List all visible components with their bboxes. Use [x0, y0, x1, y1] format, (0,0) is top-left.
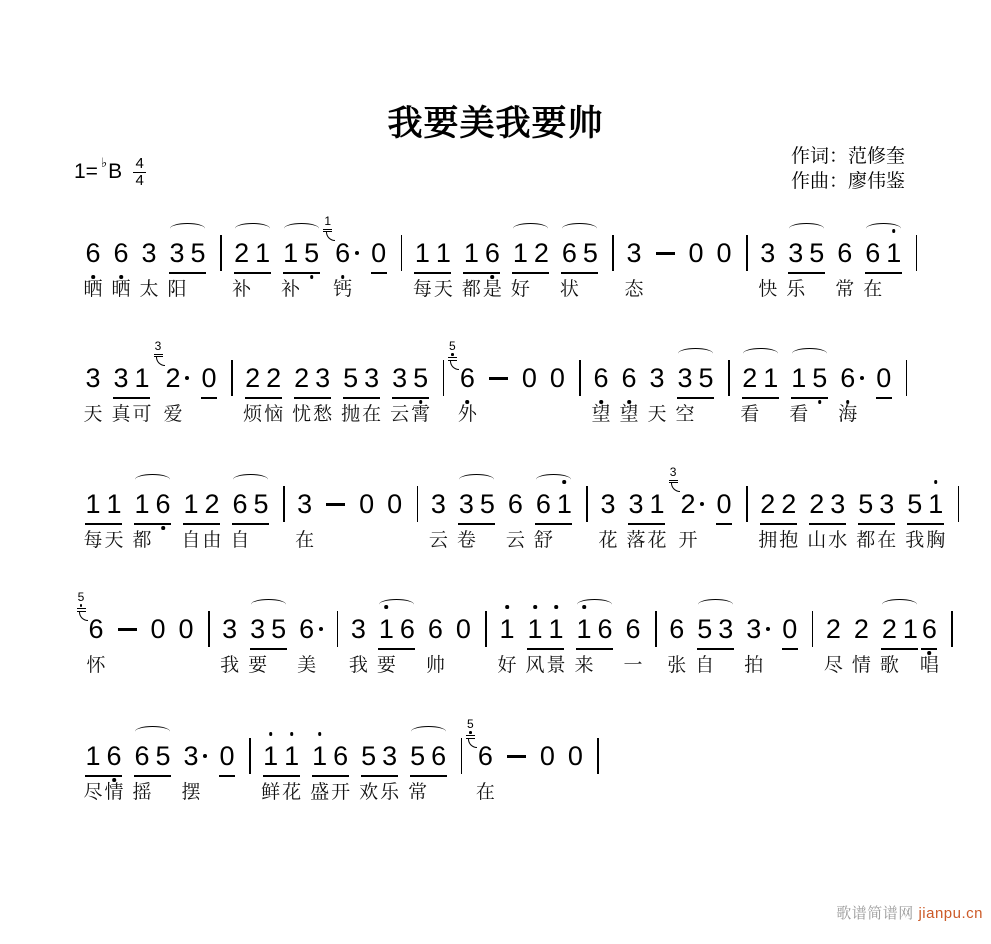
note: 1尽	[85, 739, 101, 773]
note: 5	[809, 236, 825, 270]
note-group: 3落1花	[628, 487, 665, 521]
note-group: 0	[549, 361, 565, 395]
barline	[812, 611, 814, 647]
note-group: 1好2	[512, 236, 549, 270]
note-digit: 6	[431, 741, 446, 771]
lyric: 快	[758, 279, 777, 301]
slur-arc	[792, 348, 827, 359]
note-digit: 6	[106, 741, 121, 771]
note-digit: 3	[718, 614, 733, 644]
note-digit: 0	[689, 238, 704, 268]
note-digit: 1	[415, 238, 430, 268]
note-group: 2烦2恼	[245, 361, 282, 395]
octave-dot-above	[892, 229, 896, 233]
slur-arc	[459, 474, 494, 485]
duration-dot	[860, 376, 864, 380]
note: 6在	[477, 739, 493, 773]
note: 6	[399, 612, 415, 646]
rest-note: 0	[178, 612, 194, 646]
octave-dot-below	[161, 526, 165, 530]
note-group: 3云5霄	[392, 361, 429, 395]
grace-note: 5	[463, 719, 477, 748]
note: 3花	[600, 487, 616, 521]
lyric: 自	[181, 530, 200, 552]
note: 5	[812, 361, 828, 395]
lyric: 自	[695, 655, 714, 677]
note-group: 6海	[840, 361, 864, 395]
note-digit: 3	[830, 489, 845, 519]
lyric: 在	[476, 782, 495, 804]
meter-numerator: 4	[135, 157, 143, 170]
note: 5	[253, 487, 269, 521]
note-digit: 0	[456, 614, 471, 644]
note-group: 1看5	[791, 361, 828, 395]
note: 3愁	[315, 361, 331, 395]
note: 3落	[628, 487, 644, 521]
lyric: 天	[104, 530, 123, 552]
note-digit: 3	[629, 489, 644, 519]
note: 1每	[414, 236, 430, 270]
note-digit: 6	[626, 614, 641, 644]
note: 6海	[840, 361, 856, 395]
note: 5	[155, 739, 171, 773]
note: 2补	[234, 236, 250, 270]
note-digit: 3	[85, 363, 100, 393]
note: 3卷	[458, 487, 474, 521]
note: 3云	[430, 487, 446, 521]
note-group: 1补5	[283, 236, 320, 270]
note: 2爱	[165, 361, 181, 395]
note-group: 6状5	[561, 236, 598, 270]
note-digit: 6	[536, 489, 551, 519]
note-group: 6在1	[865, 236, 902, 270]
note-digit: 1	[283, 238, 298, 268]
note-group: 6望	[593, 361, 609, 395]
note-digit: 0	[717, 489, 732, 519]
note-group	[116, 612, 138, 646]
note: 1每	[85, 487, 101, 521]
note: 6美	[299, 612, 315, 646]
grace-digit: 3	[670, 467, 677, 478]
lyric: 拍	[744, 655, 763, 677]
note-group: 0	[387, 487, 403, 521]
lyric: 要	[248, 655, 267, 677]
note-digit: 5	[809, 238, 824, 268]
note-digit: 1	[650, 489, 665, 519]
lyric: 天	[648, 404, 667, 426]
lyric: 烦	[243, 404, 262, 426]
octave-dot-above	[385, 605, 389, 609]
note: 3拍	[746, 612, 762, 646]
dash-note	[116, 612, 138, 646]
note-digit: 2	[245, 363, 260, 393]
note-digit: 2	[681, 489, 696, 519]
note-digit: 0	[568, 741, 583, 771]
grace-slur	[450, 361, 459, 370]
note-digit: 1	[106, 489, 121, 519]
note: 3快	[760, 236, 776, 270]
note-group: 1好	[499, 612, 515, 646]
lyric: 要	[377, 655, 396, 677]
note-group: 16钙	[335, 236, 359, 270]
note-digit: 5	[361, 741, 376, 771]
note: 1	[255, 236, 271, 270]
score-line: 56怀003我3要56美3我1要66帅01好1风1景1来66一6张5自33拍02…	[85, 612, 965, 647]
note: 6张	[669, 612, 685, 646]
note-digit: 1	[255, 238, 270, 268]
dash-note	[654, 236, 676, 270]
note: 3要	[250, 612, 266, 646]
octave-dot-above	[505, 605, 509, 609]
lyric: 补	[232, 279, 251, 301]
lyric: 云	[506, 530, 525, 552]
note-group: 2歌1	[881, 612, 918, 646]
grace-note: 1	[321, 216, 335, 241]
note-digit: 2	[826, 614, 841, 644]
note: 6云	[507, 487, 523, 521]
note-digit: 6	[594, 363, 609, 393]
note: 6摇	[134, 739, 150, 773]
octave-dot-above	[563, 480, 567, 484]
grace-beam	[448, 357, 457, 358]
grace-digit: 1	[324, 216, 331, 227]
slur-arc	[698, 599, 733, 610]
note-digit: 3	[141, 238, 156, 268]
note: 6自	[232, 487, 248, 521]
grace-slur	[156, 357, 165, 366]
note-digit: 1	[436, 238, 451, 268]
duration-dot	[766, 627, 770, 631]
note: 3	[718, 612, 734, 646]
note-digit: 3	[250, 614, 265, 644]
lyric: 看	[789, 404, 808, 426]
note-group: 56外	[459, 361, 475, 395]
note-digit: 3	[169, 238, 184, 268]
lyricist-credit: 作词：范修奎	[791, 144, 905, 169]
lyric: 尽	[824, 655, 843, 677]
note-digit: 1	[928, 489, 943, 519]
note-digit: 2	[165, 363, 180, 393]
note: 1花	[284, 739, 300, 773]
note: 6钙	[335, 236, 351, 270]
note-digit: 1	[791, 363, 806, 393]
note-group: 0	[716, 236, 732, 270]
note-digit: 2	[534, 238, 549, 268]
note-digit: 6	[622, 363, 637, 393]
grace-octave-dot	[469, 731, 472, 734]
note-group: 3我	[222, 612, 238, 646]
note-group	[487, 361, 509, 395]
note-digit: 2	[234, 238, 249, 268]
note: 2忧	[294, 361, 310, 395]
rest-note: 0	[782, 612, 798, 646]
note-digit: 1	[903, 614, 918, 644]
dash-line	[489, 377, 508, 380]
dash-note	[505, 739, 527, 773]
note-digit: 6	[232, 489, 247, 519]
note: 1天	[435, 236, 451, 270]
lyric: 霄	[411, 404, 430, 426]
slur-arc	[284, 223, 319, 234]
lyric: 常	[835, 279, 854, 301]
note-digit: 6	[88, 614, 103, 644]
note-group: 1都6	[134, 487, 171, 521]
dash-line	[507, 755, 526, 758]
note-digit: 3	[297, 489, 312, 519]
note-digit: 2	[204, 489, 219, 519]
duration-dot	[700, 502, 704, 506]
note-digit: 3	[746, 614, 761, 644]
watermark-site-name: 歌谱简谱网	[836, 905, 914, 922]
note-group: 1盛6开	[312, 739, 349, 773]
dash-line	[656, 252, 675, 255]
grace-slur	[671, 483, 680, 492]
note-digit: 5	[190, 238, 205, 268]
barline	[231, 360, 233, 396]
slur-arc	[135, 474, 170, 485]
note: 3在	[879, 487, 895, 521]
slur-arc	[513, 223, 548, 234]
barline	[249, 738, 251, 774]
lyric: 卷	[457, 530, 476, 552]
note-group: 2尽	[825, 612, 841, 646]
note-digit: 2	[882, 614, 897, 644]
note: 5	[582, 236, 598, 270]
note: 3态	[626, 236, 642, 270]
barline	[728, 360, 730, 396]
note: 3我	[350, 612, 366, 646]
lyric: 在	[863, 279, 882, 301]
lyric: 常	[408, 782, 427, 804]
slur-arc	[235, 223, 270, 234]
note: 1盛	[312, 739, 328, 773]
barline	[746, 486, 748, 522]
note: 1	[902, 612, 918, 646]
grace-beam	[323, 229, 332, 230]
rest-note: 0	[567, 739, 583, 773]
note-digit: 6	[669, 614, 684, 644]
barline	[579, 360, 581, 396]
lyric: 帅	[426, 655, 445, 677]
note-digit: 0	[550, 363, 565, 393]
note-digit: 5	[480, 489, 495, 519]
note: 6帅	[427, 612, 443, 646]
note-digit: 5	[253, 489, 268, 519]
note-digit: 0	[876, 363, 891, 393]
note: 5抛	[343, 361, 359, 395]
note-group: 3在	[297, 487, 313, 521]
lyric: 每	[83, 530, 102, 552]
duration-dot	[203, 754, 207, 758]
note-digit: 3	[459, 489, 474, 519]
lyric: 愁	[313, 404, 332, 426]
note-digit: 6	[922, 614, 937, 644]
lyric: 可	[132, 404, 151, 426]
note: 5	[479, 487, 495, 521]
note-group: 32开	[680, 487, 704, 521]
note-digit: 2	[294, 363, 309, 393]
note-digit: 1	[134, 363, 149, 393]
lyric: 恼	[264, 404, 283, 426]
lyric: 乐	[380, 782, 399, 804]
lyric: 盛	[310, 782, 329, 804]
note: 1看	[791, 361, 807, 395]
note: 6唱	[921, 612, 937, 646]
grace-note: 5	[445, 341, 459, 370]
note-digit: 5	[697, 614, 712, 644]
lyric: 落	[627, 530, 646, 552]
lyric: 都	[462, 279, 481, 301]
note-digit: 0	[150, 614, 165, 644]
grace-slur	[468, 739, 477, 748]
note: 2抱	[781, 487, 797, 521]
note-digit: 0	[782, 614, 797, 644]
lyric: 好	[511, 279, 530, 301]
note-digit: 6	[840, 363, 855, 393]
note-group: 1来6	[576, 612, 613, 646]
slur-arc	[233, 474, 268, 485]
lyric: 望	[592, 404, 611, 426]
note: 6舒	[535, 487, 551, 521]
grace-beam	[669, 480, 678, 481]
note-group: 3花	[600, 487, 616, 521]
note-group	[505, 739, 527, 773]
note-group: 0	[567, 739, 583, 773]
octave-dot-above	[533, 605, 537, 609]
note: 1鲜	[263, 739, 279, 773]
note: 2情	[853, 612, 869, 646]
note-group: 3天	[85, 361, 101, 395]
note-digit: 6	[155, 489, 170, 519]
note: 1	[763, 361, 779, 395]
note-digit: 3	[315, 363, 330, 393]
note: 3天	[85, 361, 101, 395]
note-digit: 1	[500, 614, 515, 644]
note: 6晒	[113, 236, 129, 270]
lyric: 拥	[758, 530, 777, 552]
note: 5霄	[413, 361, 429, 395]
lyric: 都	[132, 530, 151, 552]
note-digit: 3	[392, 363, 407, 393]
lyric: 摆	[181, 782, 200, 804]
slur-arc	[743, 348, 778, 359]
grace-digit: 3	[155, 341, 162, 352]
note-group: 6舒1	[535, 487, 572, 521]
key-prefix: 1=	[74, 160, 98, 184]
note-group: 1每1天	[414, 236, 451, 270]
note-digit: 3	[364, 363, 379, 393]
octave-dot-below	[818, 400, 822, 404]
note-digit: 3	[183, 741, 198, 771]
note-group: 3我	[350, 612, 366, 646]
note: 6	[597, 612, 613, 646]
note-digit: 5	[907, 489, 922, 519]
note-group: 32爱	[165, 361, 189, 395]
note-group: 6帅	[427, 612, 443, 646]
note-digit: 0	[371, 238, 386, 268]
note-digit: 5	[413, 363, 428, 393]
note-group: 1尽6情	[85, 739, 122, 773]
score-line: 6晒6晒3太3阳52补11补516钙01每1天1都6是1好26状53态003快3…	[85, 236, 929, 271]
note-group: 0	[688, 236, 704, 270]
slur-arc	[562, 223, 597, 234]
lyric: 抱	[779, 530, 798, 552]
note-group: 3太	[141, 236, 157, 270]
grace-note: 5	[74, 592, 88, 621]
slur-arc	[135, 726, 170, 737]
note-digit: 6	[865, 238, 880, 268]
note-digit: 6	[113, 238, 128, 268]
lyric: 我	[220, 655, 239, 677]
note-group: 1都6是	[463, 236, 500, 270]
barline	[951, 611, 953, 647]
note: 1好	[512, 236, 528, 270]
note-group: 0	[782, 612, 798, 646]
lyric: 花	[648, 530, 667, 552]
lyric: 每	[413, 279, 432, 301]
note-digit: 0	[219, 741, 234, 771]
note-group: 5自3	[697, 612, 734, 646]
lyric: 态	[625, 279, 644, 301]
note: 1都	[134, 487, 150, 521]
note: 2尽	[825, 612, 841, 646]
barline	[283, 486, 285, 522]
lyric: 云	[429, 530, 448, 552]
note-digit: 6	[134, 741, 149, 771]
note-digit: 1	[513, 238, 528, 268]
note: 6外	[459, 361, 475, 395]
note-digit: 1	[528, 614, 543, 644]
lyric: 在	[362, 404, 381, 426]
lyric: 天	[83, 404, 102, 426]
octave-dot-above	[318, 732, 322, 736]
grace-slur	[326, 232, 335, 241]
note-group: 0	[178, 612, 194, 646]
note-group: 0	[716, 487, 732, 521]
note-digit: 3	[627, 238, 642, 268]
note-digit: 6	[837, 238, 852, 268]
grace-beam	[154, 354, 163, 355]
barline	[485, 611, 487, 647]
note: 3阳	[169, 236, 185, 270]
lyric: 爱	[163, 404, 182, 426]
note: 3乐	[382, 739, 398, 773]
note-group: 6美	[299, 612, 323, 646]
rest-note: 0	[876, 361, 892, 395]
song-title: 我要美我要帅	[0, 96, 991, 146]
rest-note: 0	[688, 236, 704, 270]
grace-note: 3	[151, 341, 165, 366]
meter-denominator: 4	[135, 174, 143, 187]
note: 3天	[649, 361, 665, 395]
note-digit: 1	[134, 489, 149, 519]
note-digit: 6	[85, 238, 100, 268]
note-group: 1风1景	[527, 612, 564, 646]
note-digit: 1	[379, 614, 394, 644]
note-digit: 6	[485, 238, 500, 268]
lyric: 乐	[786, 279, 805, 301]
lyric: 唱	[920, 655, 939, 677]
lyric: 晒	[111, 279, 130, 301]
grace-octave-dot	[451, 353, 454, 356]
duration-dot	[185, 376, 189, 380]
note-group: 6一	[625, 612, 641, 646]
barline	[958, 486, 960, 522]
note: 6常	[837, 236, 853, 270]
note: 5	[190, 236, 206, 270]
note-digit: 0	[178, 614, 193, 644]
note-digit: 3	[678, 363, 693, 393]
